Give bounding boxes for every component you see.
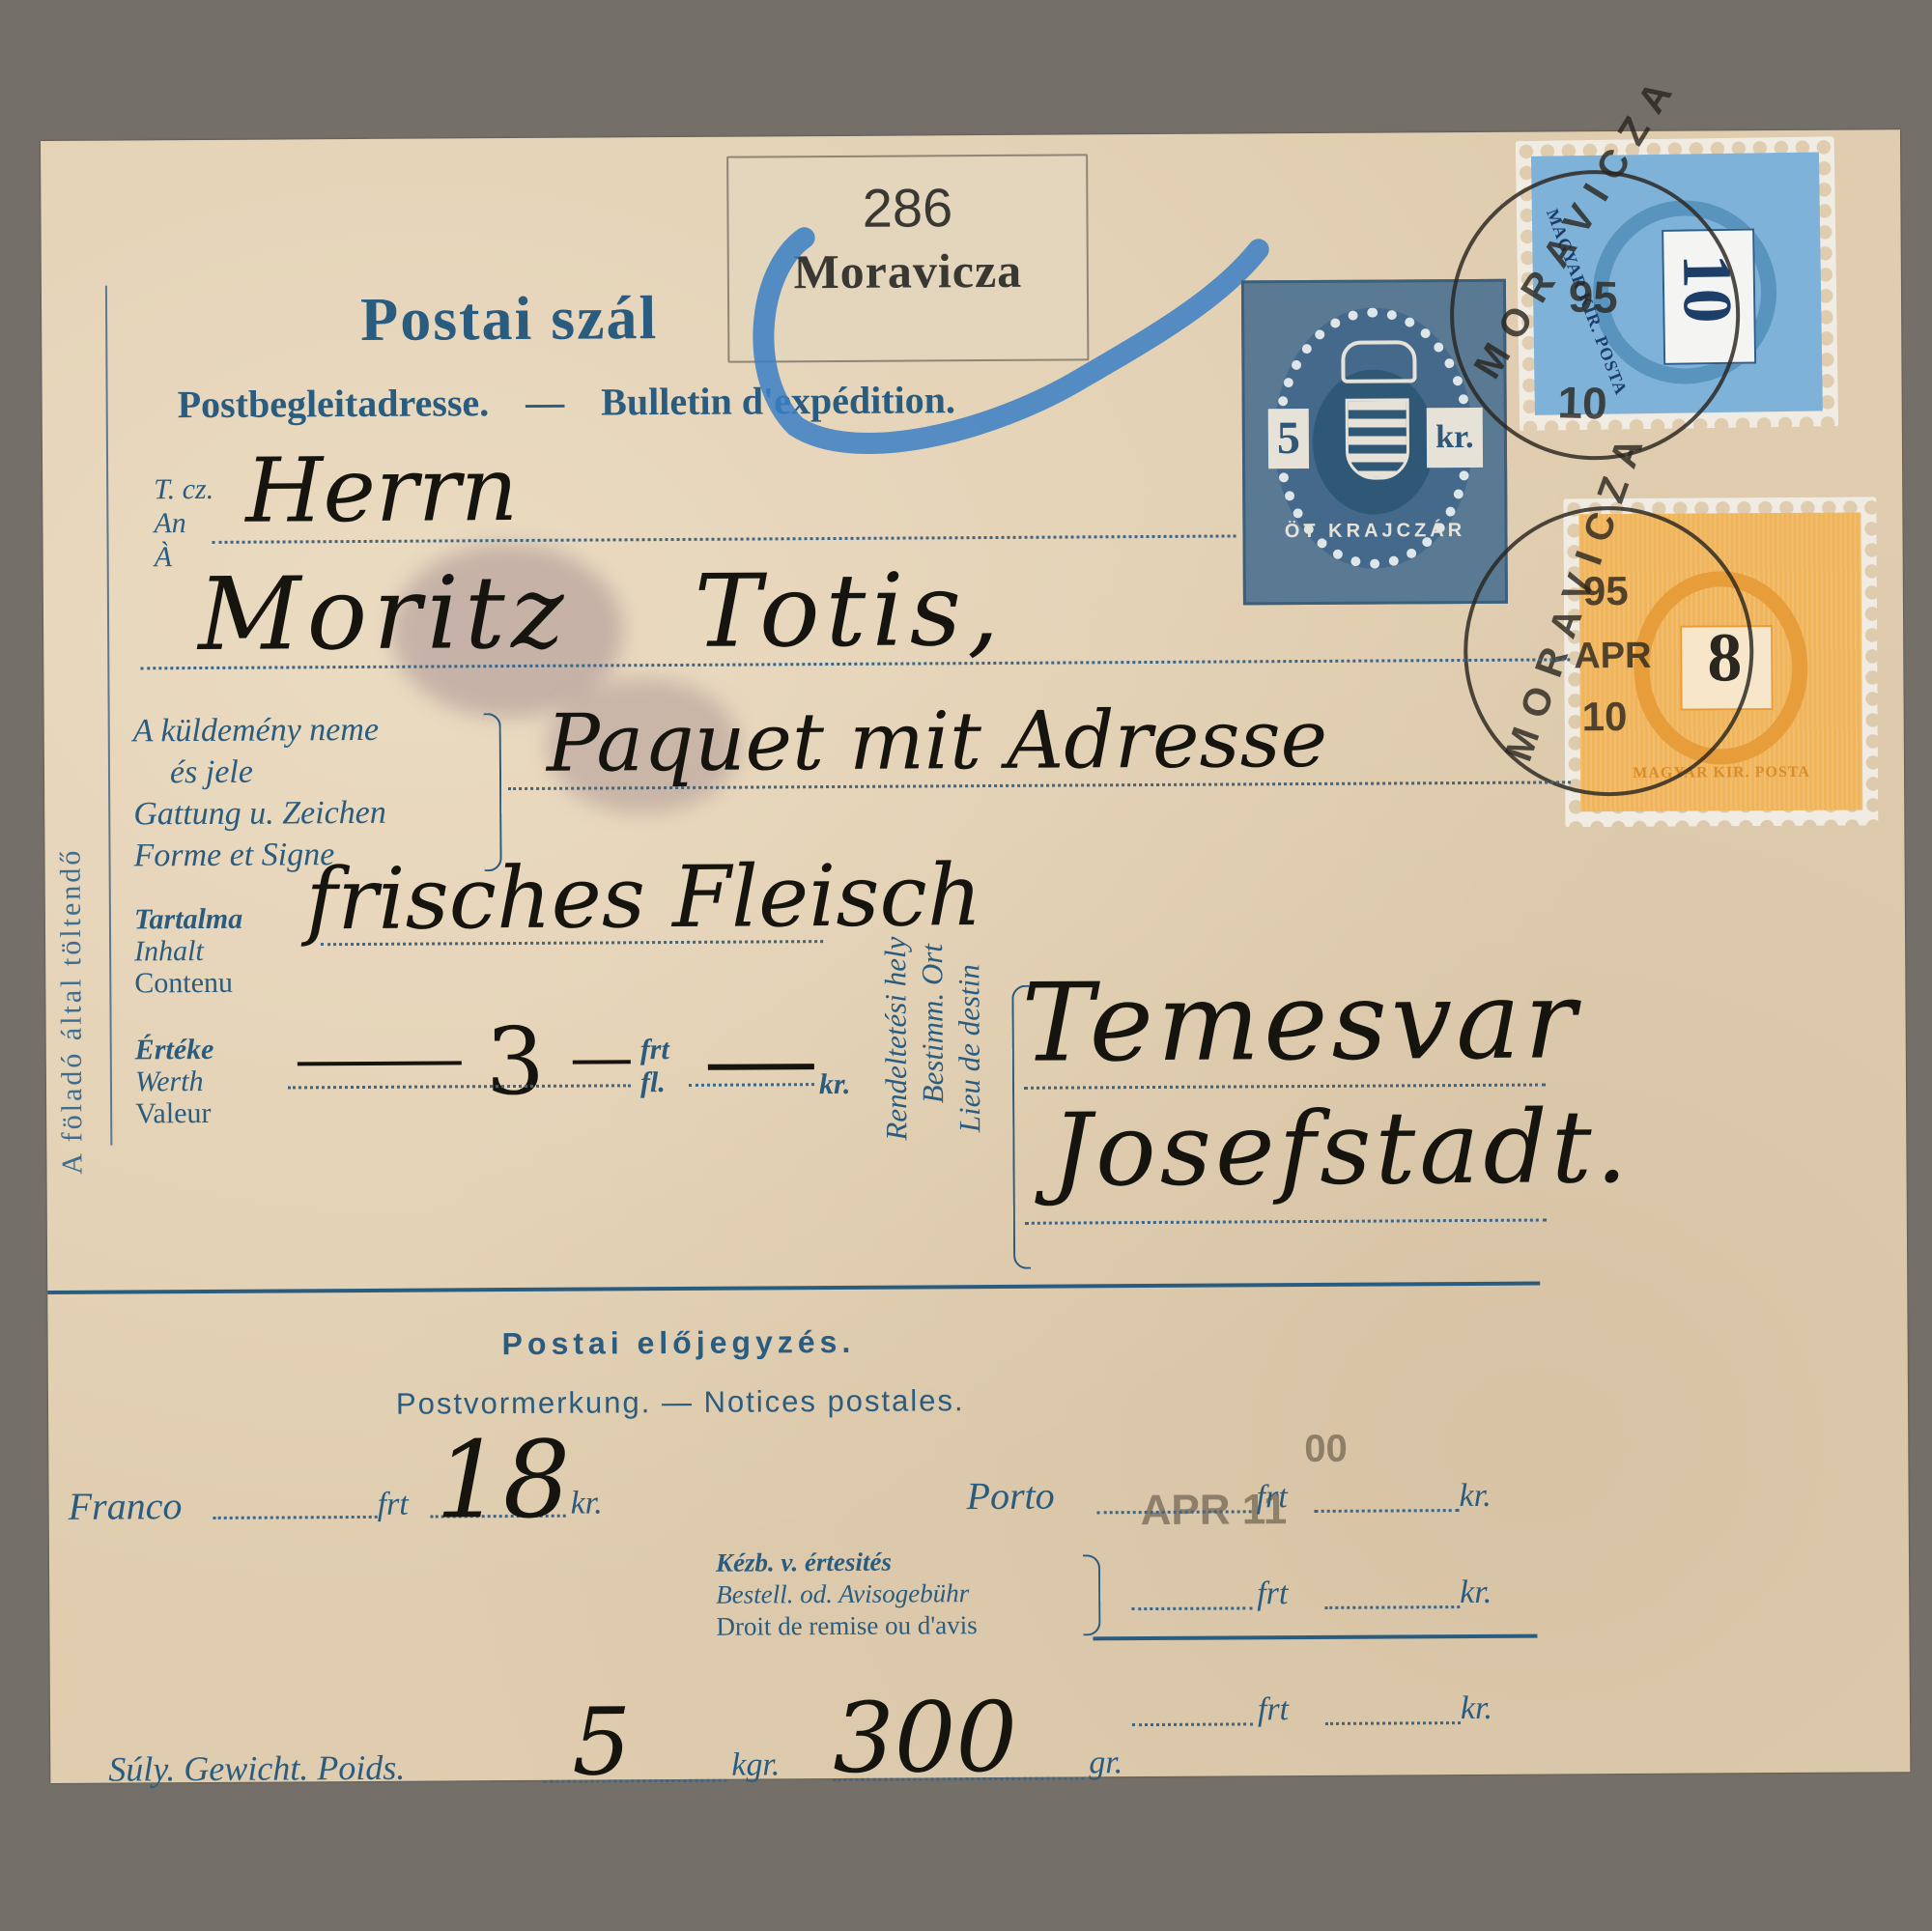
value-dash: [573, 1060, 631, 1064]
franco-frt-line: [213, 1516, 378, 1519]
item-type-value: Paquet mit Adresse: [547, 694, 1328, 790]
value-label: Értéke Werth Valeur: [135, 1034, 214, 1129]
delivery-fee-label-hu: Kézb. v. értesités: [716, 1546, 978, 1579]
item-type-label-de: Gattung u. Zeichen: [133, 792, 386, 836]
item-type-label-hu: A küldemény neme: [133, 709, 386, 753]
addressee-name: Moritz Totis,: [198, 551, 1006, 673]
destination-label-hu: Rendeltetési hely: [878, 937, 914, 1141]
stamp-unit: kr.: [1427, 408, 1483, 468]
total-frt-line: [1132, 1722, 1253, 1726]
adhesive-stamp-10: 10 MAGYAR KIR. POSTA: [1516, 136, 1838, 431]
adhesive-stamp-8: 8 MAGYAR KIR. POSTA: [1563, 497, 1878, 827]
fee-kr-label: kr.: [1460, 1575, 1492, 1611]
destination-label-fr: Lieu de destin: [952, 964, 987, 1132]
stamp-value: 5: [1268, 409, 1309, 469]
weight-kg-value: 5: [572, 1688, 632, 1796]
delivery-fee-label-fr: Droit de remise ou d'avis: [716, 1609, 978, 1643]
margin-rule: [105, 286, 112, 1146]
parcel-dispatch-note: A föladó által töltendő Postai szál Post…: [41, 129, 1910, 1783]
value-label-hu: Értéke: [135, 1034, 214, 1065]
addressee-label-hu: T. cz.: [154, 473, 213, 506]
stamp-value: 8: [1680, 617, 1770, 698]
postal-notes-subtitle: Postvormerkung. — Notices postales.: [396, 1383, 965, 1422]
value-dash: [298, 1061, 462, 1065]
section-divider: [47, 1282, 1540, 1294]
registration-number: 286: [728, 175, 1086, 240]
value-kr-amount: [708, 1064, 814, 1070]
total-kr-label: kr.: [1461, 1690, 1492, 1727]
fee-total-rule: [1093, 1634, 1537, 1641]
form-title: Postai szál: [360, 282, 659, 355]
stamp-value: 10: [1666, 243, 1747, 333]
sender-fill-note-text: A föladó által töltendő: [54, 848, 89, 1175]
stamp-legend: ÖT KRAJCZÁR: [1245, 520, 1504, 544]
imprinted-stamp-5kr: 5 kr. ÖT KRAJCZÁR: [1241, 279, 1508, 606]
weight-g-label: gr.: [1089, 1745, 1122, 1781]
value-kr-label: kr.: [819, 1068, 851, 1101]
porto-frt-label: frt: [1256, 1479, 1287, 1516]
weight-g-value: 300: [833, 1681, 1018, 1795]
stamp-legend: MAGYAR KIR. POSTA: [1580, 763, 1862, 782]
contents-label-fr: Contenu: [134, 967, 242, 1000]
franco-frt-label: frt: [378, 1487, 409, 1523]
coat-of-arms-icon: [1346, 398, 1410, 479]
item-type-label-hu2: és jele: [133, 751, 386, 794]
subtitle-fr: Bulletin d'expédition.: [601, 378, 955, 423]
crown-icon: [1341, 340, 1416, 383]
contents-label-hu: Tartalma: [134, 903, 242, 936]
subtitle-de: Postbegleitadresse.: [178, 381, 490, 426]
stamp-face: 10 MAGYAR KIR. POSTA: [1531, 152, 1823, 414]
value-frt-amount: 3: [485, 1008, 545, 1116]
subtitle-dash: —: [526, 381, 564, 424]
contents-value: frisches Fleisch: [305, 845, 981, 949]
weight-label: Súly. Gewicht. Poids.: [108, 1747, 405, 1790]
fee-frt-line: [1131, 1606, 1252, 1610]
weight-kg-line: [543, 1779, 726, 1783]
stamp-face: 8 MAGYAR KIR. POSTA: [1578, 512, 1862, 811]
faint-stamp-fragment: 00: [1304, 1428, 1348, 1471]
contents-label: Tartalma Inhalt Contenu: [134, 903, 243, 1000]
porto-kr-line: [1315, 1509, 1460, 1513]
value-label-de: Werth: [135, 1065, 214, 1097]
delivery-fee-label-de: Bestell. od. Avisogebühr: [716, 1577, 978, 1611]
value-frt-label: frt: [640, 1034, 669, 1066]
franco-kr-label: kr.: [571, 1485, 603, 1521]
destination-city: Temesvar: [1021, 957, 1580, 1087]
value-kr-line: [689, 1083, 814, 1087]
franco-label: Franco: [68, 1483, 182, 1529]
porto-kr-label: kr.: [1459, 1478, 1491, 1515]
addressee-label-de: An: [154, 507, 186, 540]
value-label-fr: Valeur: [135, 1097, 214, 1129]
total-kr-line: [1325, 1721, 1461, 1725]
form-subtitle: Postbegleitadresse. — Bulletin d'expédit…: [178, 377, 956, 427]
addressee-salutation: Herrn: [245, 438, 519, 543]
registration-office: Moravicza: [729, 241, 1087, 299]
destination-district: Josefstadt.: [1051, 1088, 1632, 1209]
franco-value: 18: [435, 1418, 571, 1543]
contents-label-de: Inhalt: [134, 935, 242, 968]
value-fl-label: fl.: [640, 1066, 666, 1099]
registration-label: 286 Moravicza: [726, 154, 1089, 362]
porto-label: Porto: [966, 1473, 1054, 1519]
total-frt-label: frt: [1258, 1691, 1289, 1728]
value-frt-line: [288, 1084, 631, 1089]
postal-notes-title: Postai előjegyzés.: [502, 1324, 856, 1362]
addressee-label-fr: À: [155, 541, 173, 574]
destination-label-de: Bestimm. Ort: [915, 944, 951, 1104]
fee-frt-label: frt: [1257, 1576, 1288, 1612]
delivery-fee-brace: [1083, 1554, 1101, 1635]
weight-kg-label: kgr.: [731, 1746, 780, 1783]
delivery-fee-label: Kézb. v. értesités Bestell. od. Avisogeb…: [716, 1546, 978, 1643]
fee-kr-line: [1324, 1605, 1460, 1609]
destination-district-line: [1025, 1218, 1547, 1224]
